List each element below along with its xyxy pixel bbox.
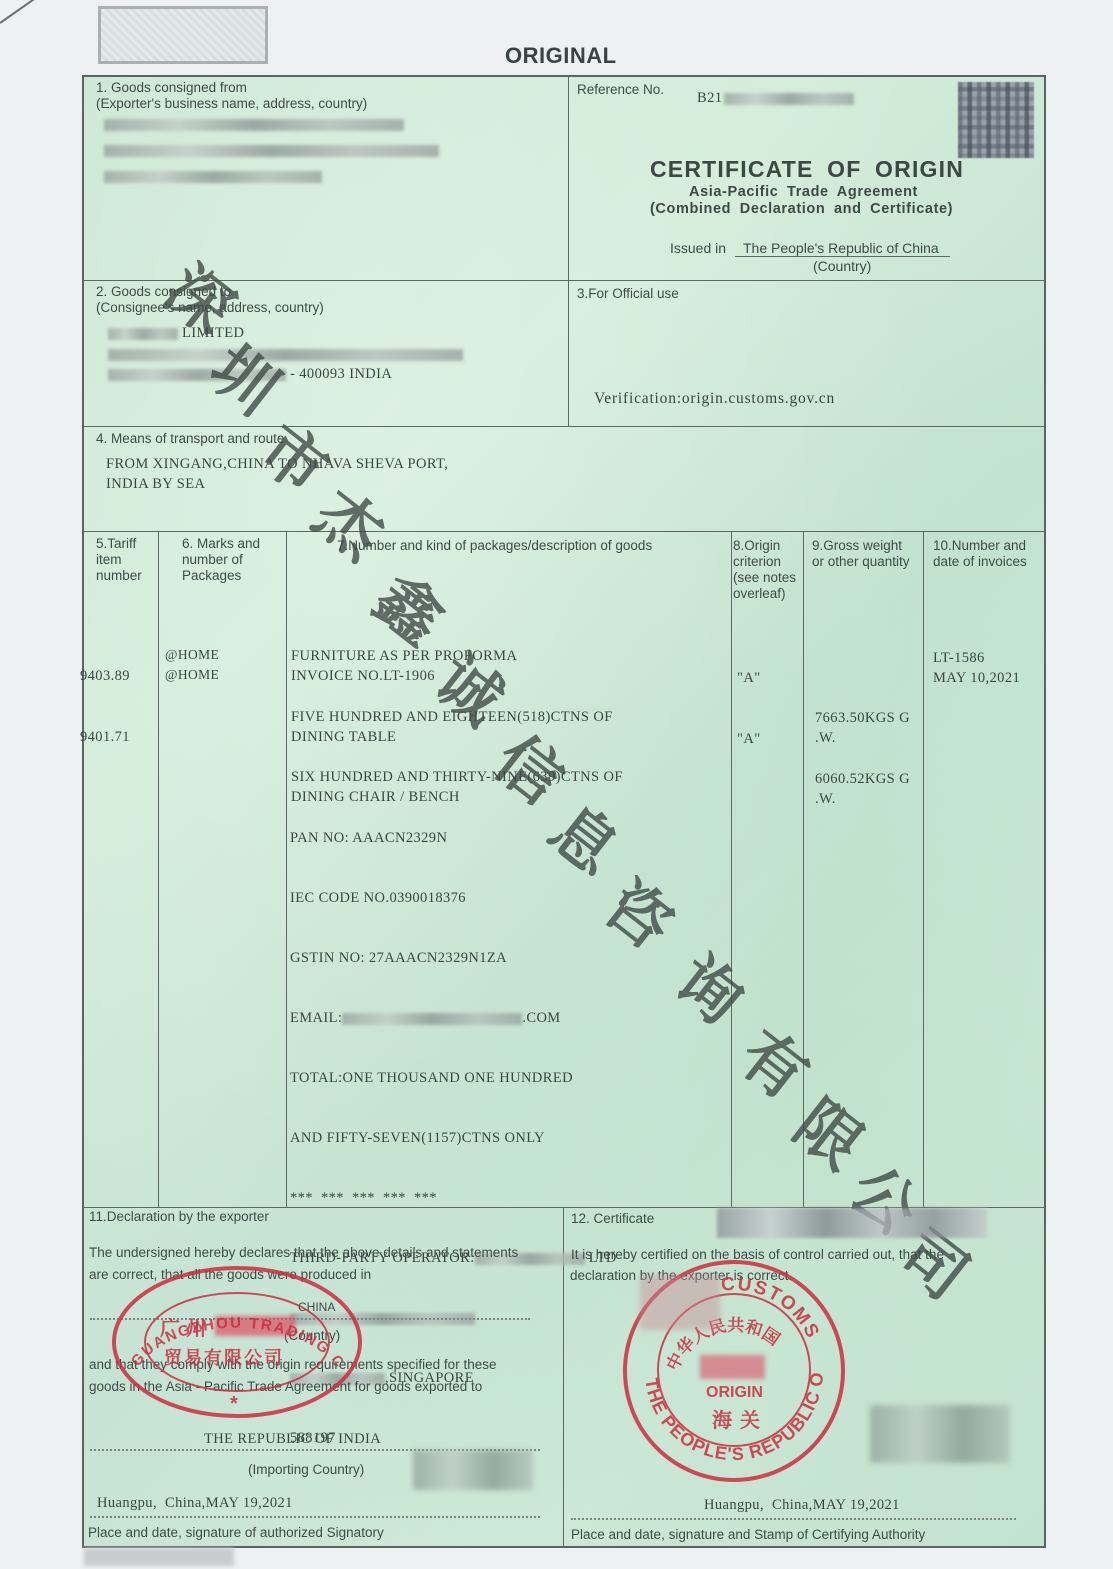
issued-in-value: The People's Republic of China	[743, 240, 939, 256]
box11-footer: Place and date, signature of authorized …	[88, 1525, 384, 1541]
col6-header: 6. Marks andnumber ofPackages	[182, 536, 260, 584]
criterion-item-2: "A"	[737, 729, 761, 749]
verification-url: Verification:origin.customs.gov.cn	[594, 389, 835, 409]
certificate-subtitle-1: Asia-Pacific Trade Agreement	[689, 184, 918, 200]
box12-label: 12. Certificate	[571, 1211, 654, 1227]
reference-value: B21	[697, 88, 854, 108]
qr-code-redacted	[958, 82, 1034, 158]
route-line-2: INDIA BY SEA	[106, 474, 205, 494]
issued-in-label: Issued in	[670, 240, 726, 256]
tariff-item-2: 9401.71	[80, 727, 130, 747]
col10-header: 10.Number anddate of invoices	[933, 538, 1027, 570]
importing-country: THE REPUBLIC OF INDIA	[204, 1429, 381, 1449]
col8-header: 8.Origincriterion(see notesoverleaf)	[733, 538, 796, 602]
box11-text-1: The undersigned hereby declares that the…	[89, 1245, 518, 1261]
box11-label: 11.Declaration by the exporter	[89, 1209, 269, 1225]
pen-mark	[0, 0, 37, 24]
bottom-redaction	[84, 1548, 234, 1566]
invoice-ref: LT-1586MAY 10,2021	[933, 608, 1020, 708]
svg-text:GUANGZHOU TRADING CO.,LTD.: GUANGZHOU TRADING CO.,LTD.	[112, 1266, 348, 1372]
exporter-signature-redacted	[413, 1450, 533, 1490]
certifier-place-date: Huangpu, China,MAY 19,2021	[704, 1495, 900, 1515]
weight-item-2: 6060.52KGS G.W.	[815, 729, 910, 829]
certificate-subtitle-2: (Combined Declaration and Certificate)	[650, 201, 953, 217]
certificate-title: CERTIFICATE OF ORIGIN	[650, 156, 964, 183]
col5-header: 5.Tariffitemnumber	[96, 536, 142, 584]
col9-header: 9.Gross weightor other quantity	[812, 538, 910, 570]
customs-stamp-origin: ORIGIN	[706, 1384, 763, 1402]
marks: @HOME@HOME	[165, 605, 219, 705]
box12-footer: Place and date, signature and Stamp of C…	[571, 1527, 925, 1543]
certifier-signature-redacted	[870, 1405, 1010, 1463]
exporter-place-date: Huangpu, China,MAY 19,2021	[97, 1493, 293, 1513]
certifier-info-redacted	[717, 1208, 987, 1238]
country-caption: (Country)	[813, 258, 871, 274]
security-box	[98, 6, 268, 64]
importing-country-caption: (Importing Country)	[248, 1462, 364, 1478]
stamp-outer-text: GUANGZHOU TRADING CO.,LTD.	[112, 1266, 362, 1418]
col7-header: 7.Number and kind of packages/descriptio…	[337, 538, 652, 554]
exporter-address-redacted	[104, 116, 439, 186]
box1-label: 1. Goods consigned from (Exporter's busi…	[96, 80, 367, 112]
tariff-item-1: 9403.89	[80, 666, 130, 686]
original-title: ORIGINAL	[505, 43, 617, 69]
criterion-item-1: "A"	[737, 668, 761, 688]
customs-stamp-cn-bottom: 海关	[712, 1404, 768, 1433]
box3-label: 3.For Official use	[577, 286, 679, 302]
box4-label: 4. Means of transport and route	[96, 431, 284, 447]
reference-label: Reference No.	[577, 82, 664, 98]
